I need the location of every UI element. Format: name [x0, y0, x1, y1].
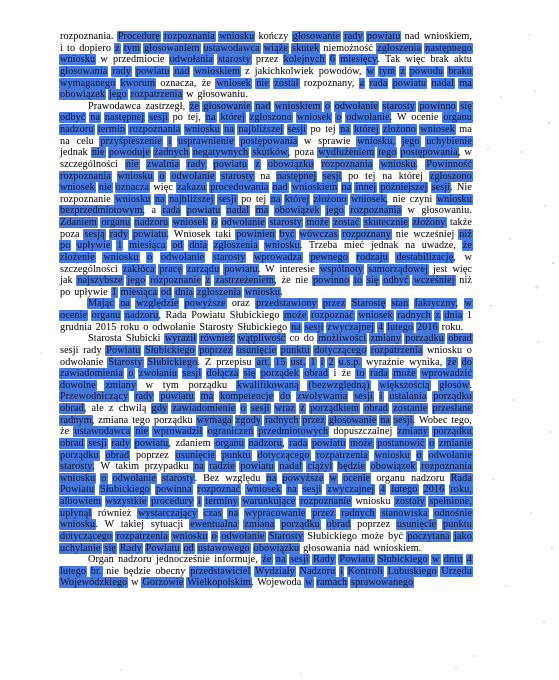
- highlighted-word: wniosku: [218, 31, 255, 42]
- highlighted-word: zwoływania: [296, 391, 348, 402]
- highlighted-word: wprowadził: [152, 426, 203, 437]
- highlighted-word: na: [341, 182, 353, 193]
- highlighted-word: odbyć: [382, 275, 409, 286]
- highlighted-word: zgłoszono: [249, 112, 293, 123]
- highlighted-word: sesji: [353, 391, 374, 402]
- highlighted-word: radnych: [264, 415, 300, 426]
- highlighted-word: uchybienie: [425, 136, 473, 147]
- highlighted-word: o: [158, 171, 165, 182]
- highlighted-word: z: [399, 66, 406, 77]
- highlighted-word: wniosek: [245, 484, 282, 495]
- highlighted-word: w: [464, 298, 473, 309]
- highlighted-word: sesji: [87, 438, 108, 449]
- highlighted-word: rady: [109, 229, 130, 240]
- highlighted-word: głosowaniem: [143, 43, 200, 54]
- highlighted-word: odwołanie: [345, 112, 390, 123]
- highlighted-word: Słubickiego: [99, 484, 151, 495]
- highlighted-word: Starosty: [107, 357, 143, 368]
- highlighted-word: braku: [447, 66, 473, 77]
- highlighted-word: wniosku: [436, 194, 473, 205]
- highlighted-word: zgłoszenia: [376, 43, 422, 54]
- highlighted-word: rozpoznany: [341, 229, 392, 240]
- highlighted-word: wniosku: [171, 531, 208, 542]
- highlighted-word: o: [428, 438, 435, 449]
- highlighted-word: zgłoszenia: [196, 287, 242, 298]
- document-page: rozpoznania. Procedurę rozpoznania wnios…: [0, 0, 559, 680]
- highlighted-word: i: [167, 136, 172, 147]
- highlighted-word: 6: [329, 54, 336, 65]
- highlighted-word: wydłużeniem: [317, 147, 375, 158]
- highlighted-word: punktu: [280, 345, 311, 356]
- highlighted-word: Powinność: [425, 159, 473, 170]
- highlighted-word: starosty: [220, 171, 255, 182]
- highlighted-word: miesiąca: [128, 240, 166, 251]
- highlighted-word: złożenie: [59, 252, 96, 263]
- highlighted-word: być: [279, 229, 296, 240]
- highlighted-word: wniosku: [117, 171, 154, 182]
- highlighted-word: lutego: [390, 484, 418, 495]
- paragraph: Organ nadzoru jednocześnie informuje, że…: [60, 554, 472, 589]
- highlighted-word: ocenie: [342, 473, 371, 484]
- highlighted-word: innej: [354, 182, 377, 193]
- highlighted-word: Powiatu: [59, 484, 95, 495]
- highlighted-word: wniosek: [296, 112, 333, 123]
- highlighted-word: powiatu: [311, 438, 347, 449]
- highlighted-word: o: [416, 450, 423, 461]
- highlighted-word: zmiany: [369, 333, 402, 344]
- highlighted-word: rada: [369, 78, 389, 89]
- highlighted-word: zwyczajnej: [326, 322, 375, 333]
- highlighted-word: powiatu: [135, 66, 171, 77]
- highlighted-word: zwołaniu: [138, 368, 178, 379]
- highlighted-word: poprzez: [198, 345, 233, 356]
- highlighted-word: radnym: [59, 415, 93, 426]
- highlighted-word: zmiana: [243, 519, 275, 530]
- highlighted-word: wymaganego: [59, 78, 116, 89]
- highlighted-word: rozpoznać: [197, 484, 242, 495]
- highlighted-word: wnioskiem: [274, 101, 322, 112]
- highlighted-word: Wojewódzkiego: [59, 577, 128, 588]
- highlighted-word: rozpoznania: [163, 31, 216, 42]
- highlighted-word: rozpatrzenia: [130, 89, 184, 100]
- highlighted-word: wówczas: [299, 229, 339, 240]
- highlighted-word: u.s.p.: [338, 357, 362, 368]
- highlighted-word: się: [459, 101, 473, 112]
- highlighted-word: obowiązek: [274, 205, 321, 216]
- highlighted-word: na: [290, 322, 302, 333]
- highlighted-word: porządkiem: [309, 403, 360, 414]
- highlighted-word: wcześniej: [412, 275, 455, 286]
- highlighted-word: do: [279, 391, 291, 402]
- highlighted-word: o: [324, 101, 331, 112]
- highlighted-word: powyższe: [282, 473, 325, 484]
- highlighted-word: zmianie: [438, 438, 473, 449]
- highlighted-word: zawiadomienie: [171, 403, 236, 414]
- highlighted-word: złożono: [313, 194, 348, 205]
- highlighted-word: że: [189, 101, 200, 112]
- highlighted-word: że: [261, 554, 272, 565]
- highlighted-word: tym: [378, 66, 396, 77]
- highlighted-word: skutków: [251, 147, 288, 158]
- highlighted-word: warunkujące: [241, 496, 296, 507]
- highlighted-word: zakazu: [176, 182, 207, 193]
- highlighted-word: na: [286, 484, 298, 495]
- highlighted-word: nie: [91, 147, 106, 158]
- highlighted-word: i: [339, 566, 344, 577]
- highlighted-word: kworum: [120, 78, 157, 89]
- highlighted-word: Powiatu: [338, 554, 374, 565]
- highlighted-word: że: [446, 357, 457, 368]
- scanned-document-screenshot: { "colors": { "highlight": "#4779dd", "i…: [0, 0, 559, 680]
- highlighted-word: Zdaniem: [59, 217, 98, 228]
- highlighted-word: nadal: [226, 205, 251, 216]
- highlighted-word: zostać: [332, 217, 360, 228]
- highlighted-word: powoduje: [108, 147, 151, 158]
- highlighted-word: wraz: [274, 403, 296, 414]
- highlighted-word: sesji: [431, 182, 452, 193]
- highlighted-word: ocenie: [59, 310, 88, 321]
- highlighted-word: sesji: [304, 322, 325, 333]
- highlighted-word: przyśpieszenie: [99, 136, 162, 147]
- highlighted-word: przedmiotowych: [257, 426, 329, 437]
- highlighted-word: negatywnych: [192, 147, 249, 158]
- highlighted-word: złożono: [382, 124, 417, 135]
- highlighted-word: 15: [274, 357, 286, 368]
- highlighted-word: zostanie: [392, 403, 428, 414]
- highlighted-word: albowiem: [59, 496, 102, 507]
- highlighted-word: ust.: [290, 357, 307, 368]
- highlighted-word: późniejszej: [379, 182, 428, 193]
- highlighted-word: czas: [203, 508, 223, 519]
- highlighted-word: Starostę: [351, 298, 387, 309]
- highlighted-word: obowiązku: [267, 159, 315, 170]
- highlighted-word: punktu: [221, 450, 252, 461]
- highlighted-word: sesją: [83, 229, 105, 240]
- highlighted-word: w: [431, 554, 440, 565]
- highlighted-word: rozpoznanie: [149, 275, 202, 286]
- highlighted-word: zmiany: [104, 380, 137, 391]
- highlighted-word: względzie: [135, 298, 179, 309]
- highlighted-word: rozpoznania: [321, 159, 374, 170]
- highlighted-word: wątpliwość: [237, 333, 286, 344]
- highlighted-word: zakłóca: [122, 264, 156, 275]
- highlighted-word: procedury: [150, 496, 194, 507]
- highlighted-word: z: [254, 159, 261, 170]
- highlighted-word: również: [199, 333, 235, 344]
- highlighted-word: postępowania: [400, 147, 459, 158]
- highlighted-word: radnych: [340, 508, 376, 519]
- highlighted-word: odwołanie: [428, 450, 473, 461]
- highlighted-word: powodu: [409, 66, 444, 77]
- highlighted-word: Lubuskiego: [387, 566, 438, 577]
- highlighted-word: najbliższej: [168, 194, 215, 205]
- highlighted-word: i: [197, 496, 202, 507]
- highlighted-word: to: [355, 368, 365, 379]
- highlighted-word: zgody: [235, 415, 262, 426]
- highlighted-word: ograniczeń: [207, 426, 255, 437]
- highlighted-word: odbyć: [59, 112, 86, 123]
- highlighted-word: wymaga: [196, 415, 233, 426]
- highlighted-word: sesji: [393, 415, 414, 426]
- highlighted-word: będzie: [337, 461, 366, 472]
- highlighted-word: został: [273, 78, 299, 89]
- highlighted-word: starosty: [212, 252, 247, 263]
- highlighted-word: zarządu: [186, 264, 220, 275]
- highlighted-word: o: [335, 112, 342, 123]
- highlighted-word: dotyczącego: [59, 531, 113, 542]
- highlighted-word: br.: [90, 566, 103, 577]
- highlighted-word: wniosku: [59, 473, 96, 484]
- highlighted-word: obrad: [326, 519, 352, 530]
- highlighted-word: ma: [200, 391, 215, 402]
- highlighted-word: termin: [97, 124, 126, 135]
- paragraph: Starosta Słubicki wyraził również wątpli…: [60, 333, 472, 554]
- highlighted-word: pewnego: [309, 252, 348, 263]
- highlighted-word: większością: [378, 380, 430, 391]
- highlighted-word: zmiany: [397, 426, 430, 437]
- highlighted-word: jego: [401, 136, 421, 147]
- highlighted-word: pracę: [158, 264, 183, 275]
- highlighted-word: obrad: [105, 450, 131, 461]
- highlighted-word: obrad: [363, 403, 389, 414]
- highlighted-word: powiatu: [132, 229, 168, 240]
- highlighted-word: niż: [458, 229, 473, 240]
- highlighted-word: rada: [369, 368, 389, 379]
- highlighted-word: odwołania: [169, 54, 214, 65]
- highlighted-word: rada: [288, 438, 308, 449]
- highlighted-word: nad: [173, 66, 190, 77]
- highlighted-word: której: [353, 124, 379, 135]
- highlighted-word: z: [114, 43, 121, 54]
- highlighted-word: ustawowego: [197, 543, 251, 554]
- highlighted-word: usunięcie: [236, 345, 277, 356]
- highlighted-word: Gorzowie: [141, 577, 184, 588]
- highlighted-word: Słubickiego: [147, 357, 199, 368]
- highlighted-word: której: [284, 194, 310, 205]
- highlighted-word: nadzoru: [248, 438, 284, 449]
- highlighted-word: odwołanie: [160, 252, 205, 263]
- highlighted-word: w: [329, 473, 338, 484]
- scan-noise: [0, 0, 2, 2]
- highlighted-word: od: [171, 240, 183, 251]
- highlighted-word: stan: [391, 298, 410, 309]
- highlighted-word: na: [379, 415, 391, 426]
- highlighted-word: a: [359, 78, 366, 89]
- highlighted-word: punktu: [442, 519, 473, 530]
- highlighted-word: dniu: [443, 554, 464, 565]
- highlighted-word: obrad: [59, 438, 85, 449]
- highlighted-word: sesji: [148, 112, 169, 123]
- highlighted-word: Słubickiego: [144, 345, 196, 356]
- highlighted-word: usunięcie: [396, 519, 437, 530]
- highlighted-word: odwołanie: [170, 171, 215, 182]
- highlighted-word: ma: [458, 78, 473, 89]
- highlighted-word: to: [353, 275, 363, 286]
- highlighted-word: powinno: [418, 101, 456, 112]
- highlighted-word: radnych: [396, 310, 432, 321]
- highlighted-word: przez: [311, 508, 336, 519]
- highlighted-word: dowolne: [59, 380, 97, 391]
- highlighted-word: z: [205, 275, 212, 286]
- highlighted-word: nie: [125, 159, 140, 170]
- highlighted-word: wypracowanie: [244, 508, 307, 519]
- highlighted-word: Nadzoru: [299, 566, 337, 577]
- highlighted-word: upływie: [76, 240, 112, 251]
- highlighted-word: ustawodawca: [73, 426, 131, 437]
- highlighted-word: z: [299, 403, 306, 414]
- highlighted-word: rozpatrzenia: [315, 450, 369, 461]
- highlighted-word: terminy: [204, 496, 238, 507]
- highlighted-word: wniosek: [357, 310, 394, 321]
- highlighted-word: rozpatrzenia: [115, 531, 169, 542]
- paragraph: rozpoznania. Procedurę rozpoznania wnios…: [60, 31, 472, 101]
- highlighted-word: odwołanie: [220, 531, 265, 542]
- highlighted-word: Urzędu: [440, 566, 473, 577]
- highlighted-word: następnego: [424, 43, 473, 54]
- highlighted-word: wniosku: [102, 252, 139, 263]
- highlighted-word: sesji: [322, 171, 343, 182]
- highlighted-word: powiatu: [186, 205, 222, 216]
- highlighted-word: o: [211, 531, 218, 542]
- highlighted-word: na: [193, 461, 205, 472]
- highlighted-word: nie: [134, 426, 149, 437]
- highlighted-word: Procedurę: [117, 31, 161, 42]
- highlighted-word: rozpoznania: [420, 461, 473, 472]
- highlighted-word: o: [127, 368, 134, 379]
- highlighted-word: się: [366, 275, 380, 286]
- highlighted-word: o: [100, 473, 107, 484]
- highlighted-word: obrad: [303, 368, 329, 379]
- highlighted-word: sesji: [250, 403, 271, 414]
- highlighted-word: rozpoznania: [59, 171, 112, 182]
- highlighted-word: starosty: [161, 473, 196, 484]
- highlighted-word: wniosku: [184, 124, 221, 135]
- highlighted-word: wniosku: [114, 194, 151, 205]
- highlighted-word: lutego: [59, 566, 87, 577]
- highlighted-word: przesłane: [432, 403, 473, 414]
- highlighted-word: może: [305, 217, 329, 228]
- highlighted-word: ustawodawca: [203, 43, 261, 54]
- highlighted-word: sesji: [182, 368, 203, 379]
- highlighted-word: powyższe: [184, 298, 227, 309]
- highlighted-word: głosów: [438, 380, 470, 391]
- highlighted-word: jego: [126, 275, 146, 286]
- highlighted-word: od: [160, 287, 172, 298]
- highlighted-word: powiatu: [392, 78, 428, 89]
- highlighted-word: zastrzeżeniem: [214, 275, 275, 286]
- highlighted-word: Powiatu: [105, 345, 141, 356]
- highlighted-word: Słubickiego: [377, 554, 429, 565]
- highlighted-word: powiatu: [223, 264, 259, 275]
- highlighted-word: rozpoznać: [310, 310, 355, 321]
- highlighted-word: się: [103, 543, 117, 554]
- highlighted-word: obowiązku: [253, 543, 301, 554]
- highlighted-word: powinna: [155, 484, 193, 495]
- highlighted-word: że: [462, 240, 473, 251]
- highlighted-word: odwołanie: [112, 473, 157, 484]
- highlighted-word: jego: [325, 205, 345, 216]
- highlighted-word: żadnych: [153, 147, 190, 158]
- highlighted-word: wniosku: [379, 159, 416, 170]
- highlighted-word: na: [154, 194, 166, 205]
- highlighted-word: dotyczącego: [257, 450, 311, 461]
- highlighted-word: wniosku: [59, 54, 96, 65]
- highlighted-word: powinno: [312, 275, 350, 286]
- highlighted-word: odwołanie: [221, 217, 266, 228]
- highlighted-word: upłynął: [59, 508, 92, 519]
- highlighted-word: 1: [111, 287, 118, 298]
- highlighted-word: nie: [255, 78, 270, 89]
- highlighted-word: samorządowej: [367, 264, 429, 275]
- text-block[interactable]: rozpoznania. Procedurę rozpoznania wnios…: [60, 31, 472, 589]
- highlighted-word: art.: [255, 357, 271, 368]
- highlighted-word: obowiązek: [59, 89, 106, 100]
- highlighted-word: rozpoznanie: [299, 496, 352, 507]
- highlighted-word: postępowania: [239, 136, 298, 147]
- highlighted-word: rady: [134, 391, 155, 402]
- highlighted-word: wystarczający: [137, 508, 198, 519]
- highlighted-word: miesiąca: [120, 287, 158, 298]
- highlighted-word: ustalania: [388, 391, 427, 402]
- highlighted-word: 2: [327, 357, 334, 368]
- highlighted-word: i: [379, 391, 384, 402]
- highlighted-word: Rady: [119, 543, 143, 554]
- highlighted-word: przez: [301, 415, 326, 426]
- highlighted-word: z: [434, 310, 441, 321]
- highlighted-word: się: [243, 368, 257, 379]
- highlighted-word: zgłoszenia: [213, 240, 259, 251]
- highlighted-word: powinien: [235, 229, 276, 240]
- highlighted-word: dnia: [443, 310, 463, 321]
- highlighted-word: może: [283, 310, 307, 321]
- highlighted-word: do: [461, 357, 473, 368]
- highlighted-word: rady: [111, 66, 132, 77]
- highlighted-word: Rady: [312, 554, 336, 565]
- highlighted-word: bezprzedmiotowym: [59, 205, 144, 216]
- highlighted-word: powiatu: [366, 31, 402, 42]
- highlighted-word: rady: [343, 31, 364, 42]
- highlighted-word: gdy: [151, 403, 169, 414]
- highlighted-word: najbliższej: [237, 124, 284, 135]
- highlighted-word: na: [270, 194, 282, 205]
- highlighted-word: dołącza: [206, 368, 240, 379]
- highlighted-word: roku,: [449, 484, 473, 495]
- highlighted-word: Wydziały: [254, 566, 296, 577]
- highlighted-word: starosty: [217, 54, 252, 65]
- highlighted-word: porządku: [432, 391, 473, 402]
- highlighted-word: której: [219, 112, 245, 123]
- highlighted-word: jego: [108, 89, 128, 100]
- highlighted-word: dotyczącego: [313, 345, 367, 356]
- highlighted-word: wspólnoty: [319, 264, 364, 275]
- highlighted-word: powiatu: [239, 461, 275, 472]
- highlighted-word: porządek: [260, 368, 300, 379]
- highlighted-word: na: [119, 298, 131, 309]
- highlighted-word: nadal: [278, 461, 303, 472]
- highlighted-word: sprawowanego: [350, 577, 414, 588]
- highlighted-word: wnioskiem: [193, 66, 241, 77]
- highlighted-word: sesji: [287, 124, 308, 135]
- highlighted-word: zwyczajnej: [326, 484, 375, 495]
- highlighted-word: wnioskiem: [291, 182, 339, 193]
- highlighted-word: na: [223, 124, 235, 135]
- highlighted-word: o: [240, 403, 247, 414]
- highlighted-word: radzie: [208, 461, 235, 472]
- highlighted-word: po: [59, 240, 71, 251]
- highlighted-word: o: [146, 252, 153, 263]
- highlighted-word: starosty: [382, 101, 417, 112]
- highlighted-word: destabilizację: [395, 252, 454, 263]
